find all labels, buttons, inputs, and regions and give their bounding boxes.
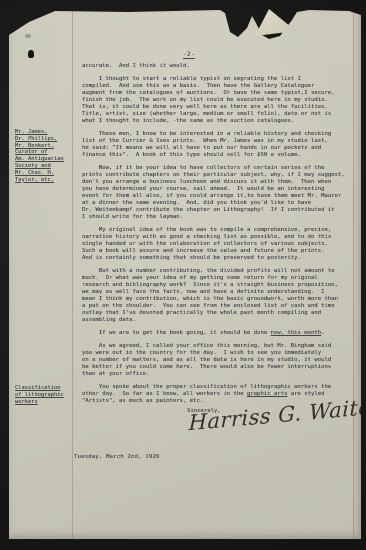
letter-body: accurate. And I think it would. I though… <box>82 63 366 411</box>
paragraph-original-idea: My original idea of the book was to comp… <box>82 227 366 262</box>
paragraph-book-going: If we are to get the book going, it shou… <box>82 330 366 337</box>
underlined-text: now, this month <box>271 330 322 336</box>
paragraph-these-men: These men, I know to be interested in a … <box>82 131 366 159</box>
margin-note-line: workers <box>15 399 73 406</box>
margin-note-line: Mr. Chas. H. <box>15 170 73 177</box>
paragraph-text: . <box>321 330 324 336</box>
margin-note-line: Dr. Phillips, <box>15 136 73 143</box>
date-line: Tuesday, March 2nd, 1926 <box>74 454 160 460</box>
punch-hole <box>28 50 34 58</box>
paper-smudge <box>25 34 31 38</box>
margin-note-line: Classification <box>15 385 73 392</box>
margin-note-line: Taylor, etc. <box>15 177 73 184</box>
margin-note-line: of lithographic <box>15 392 73 399</box>
paragraph-continuation: accurate. And I think it would. <box>82 63 366 70</box>
page-number: -2- <box>171 52 207 58</box>
underlined-text: graphic arts <box>247 391 287 397</box>
margin-note-line: Am. Antiquarian <box>15 156 73 163</box>
margin-note-line: Mr. James, <box>15 129 73 136</box>
margin-note-classification: Classification of lithographic workers <box>15 385 73 405</box>
paragraph-profits: But with a number contributing, the divi… <box>82 268 366 324</box>
paragraph-office-visit: As we agreed, I called your office this … <box>82 343 366 378</box>
margin-note-names: Mr. James, Dr. Phillips, Mr. Benkert, Cu… <box>15 129 73 183</box>
scanned-letter-photo: { "page": { "background_color": "#171716… <box>0 0 366 550</box>
letter-page: -2- Mr. James, Dr. Phillips, Mr. Benkert… <box>9 8 361 539</box>
paragraph-text: If we are to get the book going, it shou… <box>82 330 271 336</box>
paragraph-collectors-luncheon: Now, if it be your idea to have collecto… <box>82 165 366 221</box>
margin-note-line: Society and <box>15 163 73 170</box>
paragraph-typist-list: I thought to start a reliable typist on … <box>82 76 366 125</box>
left-margin-rule <box>72 8 73 539</box>
